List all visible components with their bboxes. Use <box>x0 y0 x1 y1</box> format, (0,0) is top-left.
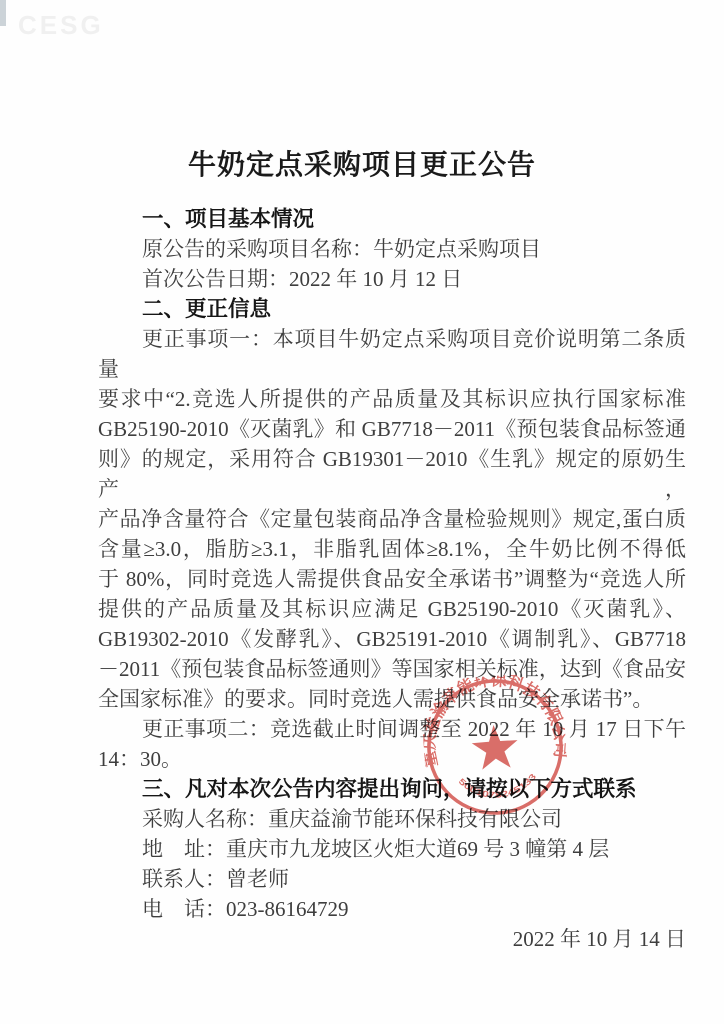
correction-1-line: 于 80%，同时竞选人需提供食品安全承诺书”调整为“竞选人所 <box>98 564 686 594</box>
correction-1-line: GB19302-2010《发酵乳》、GB25191-2010《调制乳》、GB77… <box>98 624 686 654</box>
purchaser-name-line: 采购人名称：重庆益渝节能环保科技有限公司 <box>98 804 686 834</box>
scan-edge-artifact <box>0 0 6 26</box>
section-1-heading: 一、项目基本情况 <box>98 204 686 234</box>
document-body: 一、项目基本情况 原公告的采购项目名称：牛奶定点采购项目 首次公告日期：2022… <box>98 204 686 954</box>
address-line: 地 址：重庆市九龙坡区火炬大道69 号 3 幢第 4 层 <box>98 834 686 864</box>
first-announcement-date-line: 首次公告日期：2022 年 10 月 12 日 <box>98 264 686 294</box>
correction-2-line: 14：30。 <box>98 744 686 774</box>
document-title: 牛奶定点采购项目更正公告 <box>0 143 724 183</box>
correction-1-line: 全国家标准》的要求。同时竞选人需提供食品安全承诺书”。 <box>98 684 686 714</box>
correction-1-line: GB25190-2010《灭菌乳》和 GB7718－2011《预包装食品标签通 <box>98 414 686 444</box>
correction-1-line: 产品净含量符合《定量包装商品净含量检验规则》规定,蛋白质 <box>98 504 686 534</box>
correction-1-line: 提供的产品质量及其标识应满足 GB25190-2010《灭菌乳》、 <box>98 594 686 624</box>
correction-1-line: 则》的规定，采用符合 GB19301－2010《生乳》规定的原奶生产， <box>98 444 686 504</box>
original-project-name-line: 原公告的采购项目名称：牛奶定点采购项目 <box>98 234 686 264</box>
correction-1-line: 要求中“2.竞选人所提供的产品质量及其标识应执行国家标准 <box>98 384 686 414</box>
issue-date: 2022 年 10 月 14 日 <box>98 924 686 954</box>
correction-1-line: 含量≥3.0，脂肪≥3.1，非脂乳固体≥8.1%，全牛奶比例不得低 <box>98 534 686 564</box>
phone-line: 电 话：023-86164729 <box>98 894 686 924</box>
watermark-cesg: CESG <box>18 10 104 41</box>
section-3-heading: 三、凡对本次公告内容提出询问，请按以下方式联系 <box>98 774 686 804</box>
section-2-heading: 二、更正信息 <box>98 294 686 324</box>
correction-1-line: 更正事项一：本项目牛奶定点采购项目竞价说明第二条质量 <box>98 324 686 384</box>
scanned-document-page: CESG 牛奶定点采购项目更正公告 一、项目基本情况 原公告的采购项目名称：牛奶… <box>0 0 724 1024</box>
correction-1-line: －2011《预包装食品标签通则》等国家相关标准，达到《食品安 <box>98 654 686 684</box>
contact-person-line: 联系人：曾老师 <box>98 864 686 894</box>
correction-2-line: 更正事项二：竞选截止时间调整至 2022 年 10 月 17 日下午 <box>98 714 686 744</box>
